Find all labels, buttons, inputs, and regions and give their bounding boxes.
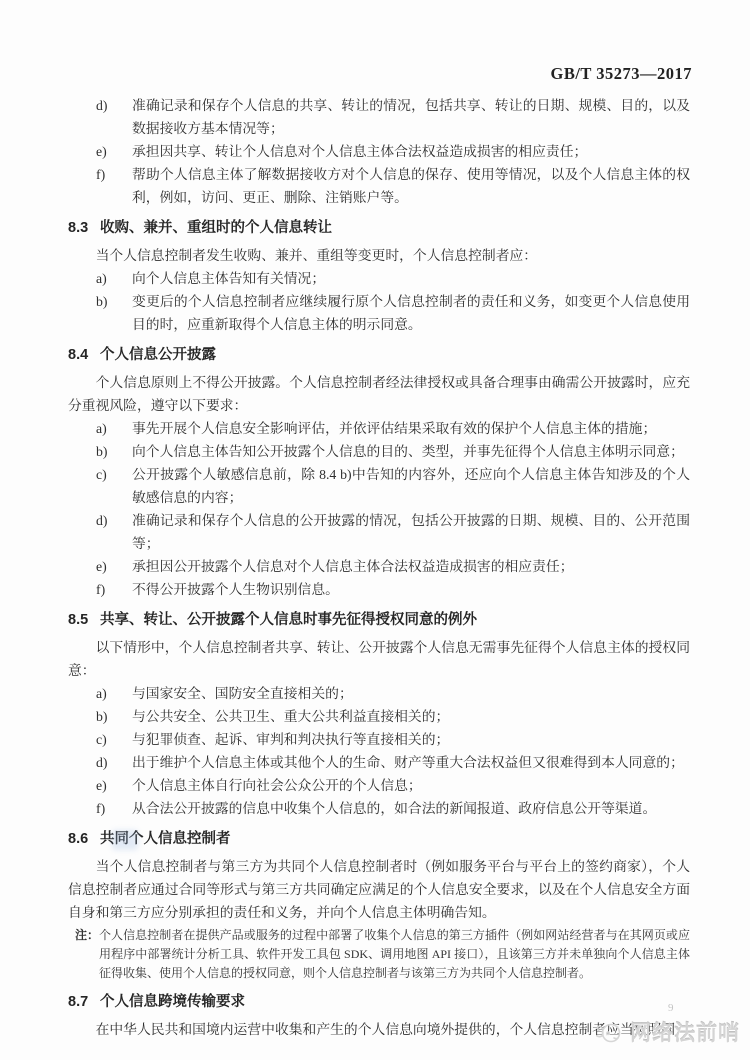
item-text: 事先开展个人信息安全影响评估，并依评估结果采取有效的保护个人信息主体的措施；: [132, 417, 690, 440]
item-text: 向个人信息主体告知有关情况；: [132, 267, 690, 290]
list-item: b) 与公共安全、公共卫生、重大公共利益直接相关的；: [96, 705, 690, 728]
note-text: 个人信息控制者在提供产品或服务的过程中部署了收集个人信息的第三方插件（例如网站经…: [99, 926, 690, 983]
paragraph: 个人信息原则上不得公开披露。个人信息控制者经法律授权或具备合理事由确需公开披露时…: [68, 371, 690, 417]
section-title: 共享、转让、公开披露个人信息时事先征得授权同意的例外: [100, 610, 477, 630]
item-label: d): [96, 509, 132, 555]
list-item: c) 与犯罪侦查、起诉、审判和判决执行等直接相关的；: [96, 728, 690, 751]
item-text: 与犯罪侦查、起诉、审判和判决执行等直接相关的；: [132, 728, 690, 751]
list-item: d) 出于维护个人信息主体或其他个人的生命、财产等重大合法权益但又很难得到本人同…: [96, 751, 690, 774]
section-number: 8.7: [68, 992, 100, 1012]
list-item: d) 准确记录和保存个人信息的共享、转让的情况，包括共享、转让的日期、规模、目的…: [96, 94, 690, 140]
item-text: 与公共安全、公共卫生、重大公共利益直接相关的；: [132, 705, 690, 728]
item-text: 个人信息主体自行向社会公众公开的个人信息；: [132, 774, 690, 797]
list-item: c) 公开披露个人敏感信息前，除 8.4 b)中告知的内容外，还应向个人信息主体…: [96, 463, 690, 509]
mascot-bird-icon: [593, 1018, 625, 1046]
clause-note: 注： 个人信息控制者在提供产品或服务的过程中部署了收集个人信息的第三方插件（例如…: [75, 926, 690, 983]
item-text: 不得公开披露个人生物识别信息。: [132, 578, 690, 601]
item-text: 承担因公开披露个人信息对个人信息主体合法权益造成损害的相应责任；: [132, 555, 690, 578]
page-number: 9: [668, 1002, 674, 1014]
list-item: e) 承担因公开披露个人信息对个人信息主体合法权益造成损害的相应责任；: [96, 555, 690, 578]
item-label: b): [96, 440, 132, 463]
section-8-3: 8.3 收购、兼并、重组时的个人信息转让 当个人信息控制者发生收购、兼并、重组等…: [68, 218, 690, 336]
item-label: d): [96, 94, 132, 140]
item-text: 与国家安全、国防安全直接相关的；: [132, 682, 690, 705]
item-label: a): [96, 267, 132, 290]
item-label: a): [96, 682, 132, 705]
section-number: 8.5: [68, 610, 100, 630]
item-text: 公开披露个人敏感信息前，除 8.4 b)中告知的内容外，还应向个人信息主体告知涉…: [132, 463, 690, 509]
item-text: 帮助个人信息主体了解数据接收方对个人信息的保存、使用等情况，以及个人信息主体的权…: [132, 163, 690, 209]
document-page: GB/T 35273—2017 d) 准确记录和保存个人信息的共享、转让的情况，…: [0, 0, 750, 1060]
section-heading: 8.7 个人信息跨境传输要求: [68, 992, 690, 1012]
clause-list: a) 与国家安全、国防安全直接相关的； b) 与公共安全、公共卫生、重大公共利益…: [96, 682, 690, 820]
item-label: b): [96, 290, 132, 336]
item-text: 准确记录和保存个人信息的公开披露的情况，包括公开披露的日期、规模、目的、公开范围…: [132, 509, 690, 555]
item-label: f): [96, 578, 132, 601]
list-item: b) 变更后的个人信息控制者应继续履行原个人信息控制者的责任和义务，如变更个人信…: [96, 290, 690, 336]
item-text: 承担因共享、转让个人信息对个人信息主体合法权益造成损害的相应责任；: [132, 140, 690, 163]
section-title: 个人信息公开披露: [100, 345, 216, 365]
scan-smudge-artifact: [112, 830, 138, 850]
item-text: 变更后的个人信息控制者应继续履行原个人信息控制者的责任和义务，如变更个人信息使用…: [132, 290, 690, 336]
document-body: d) 准确记录和保存个人信息的共享、转让的情况，包括共享、转让的日期、规模、目的…: [68, 94, 690, 1041]
section-title: 收购、兼并、重组时的个人信息转让: [100, 218, 332, 238]
list-item: a) 与国家安全、国防安全直接相关的；: [96, 682, 690, 705]
lead-clause-list: d) 准确记录和保存个人信息的共享、转让的情况，包括共享、转让的日期、规模、目的…: [96, 94, 690, 209]
watermark: 网络法前哨: [593, 1017, 740, 1047]
list-item: f) 帮助个人信息主体了解数据接收方对个人信息的保存、使用等情况，以及个人信息主…: [96, 163, 690, 209]
section-8-5: 8.5 共享、转让、公开披露个人信息时事先征得授权同意的例外 以下情形中，个人信…: [68, 610, 690, 820]
list-item: a) 事先开展个人信息安全影响评估，并依评估结果采取有效的保护个人信息主体的措施…: [96, 417, 690, 440]
item-label: b): [96, 705, 132, 728]
list-item: f) 不得公开披露个人生物识别信息。: [96, 578, 690, 601]
item-text: 从合法公开披露的信息中收集个人信息的，如合法的新闻报道、政府信息公开等渠道。: [132, 797, 690, 820]
item-label: a): [96, 417, 132, 440]
paragraph: 当个人信息控制者发生收购、兼并、重组等变更时，个人信息控制者应：: [68, 244, 690, 267]
note-label: 注：: [75, 926, 99, 983]
item-label: f): [96, 797, 132, 820]
section-heading: 8.5 共享、转让、公开披露个人信息时事先征得授权同意的例外: [68, 610, 690, 630]
section-heading: 8.3 收购、兼并、重组时的个人信息转让: [68, 218, 690, 238]
list-item: f) 从合法公开披露的信息中收集个人信息的，如合法的新闻报道、政府信息公开等渠道…: [96, 797, 690, 820]
item-label: c): [96, 728, 132, 751]
section-number: 8.6: [68, 829, 100, 849]
item-label: d): [96, 751, 132, 774]
item-label: e): [96, 140, 132, 163]
clause-list: a) 事先开展个人信息安全影响评估，并依评估结果采取有效的保护个人信息主体的措施…: [96, 417, 690, 601]
section-8-6: 8.6 共同个人信息控制者 当个人信息控制者与第三方为共同个人信息控制者时（例如…: [68, 829, 690, 983]
list-item: b) 向个人信息主体告知公开披露个人信息的目的、类型，并事先征得个人信息主体明示…: [96, 440, 690, 463]
item-text: 准确记录和保存个人信息的共享、转让的情况，包括共享、转让的日期、规模、目的，以及…: [132, 94, 690, 140]
list-item: e) 个人信息主体自行向社会公众公开的个人信息；: [96, 774, 690, 797]
item-text: 向个人信息主体告知公开披露个人信息的目的、类型，并事先征得个人信息主体明示同意；: [132, 440, 690, 463]
standard-number-header: GB/T 35273—2017: [550, 64, 692, 84]
section-title: 个人信息跨境传输要求: [100, 992, 245, 1012]
list-item: d) 准确记录和保存个人信息的公开披露的情况，包括公开披露的日期、规模、目的、公…: [96, 509, 690, 555]
section-8-4: 8.4 个人信息公开披露 个人信息原则上不得公开披露。个人信息控制者经法律授权或…: [68, 345, 690, 601]
list-item: a) 向个人信息主体告知有关情况；: [96, 267, 690, 290]
section-number: 8.4: [68, 345, 100, 365]
section-heading: 8.6 共同个人信息控制者: [68, 829, 690, 849]
item-text: 出于维护个人信息主体或其他个人的生命、财产等重大合法权益但又很难得到本人同意的；: [132, 751, 690, 774]
watermark-text: 网络法前哨: [630, 1017, 740, 1047]
item-label: e): [96, 555, 132, 578]
clause-list: a) 向个人信息主体告知有关情况； b) 变更后的个人信息控制者应继续履行原个人…: [96, 267, 690, 336]
section-heading: 8.4 个人信息公开披露: [68, 345, 690, 365]
section-number: 8.3: [68, 218, 100, 238]
item-label: f): [96, 163, 132, 209]
item-label: e): [96, 774, 132, 797]
paragraph: 以下情形中，个人信息控制者共享、转让、公开披露个人信息无需事先征得个人信息主体的…: [68, 636, 690, 682]
item-label: c): [96, 463, 132, 509]
list-item: e) 承担因共享、转让个人信息对个人信息主体合法权益造成损害的相应责任；: [96, 140, 690, 163]
paragraph: 当个人信息控制者与第三方为共同个人信息控制者时（例如服务平台与平台上的签约商家）…: [68, 855, 690, 924]
